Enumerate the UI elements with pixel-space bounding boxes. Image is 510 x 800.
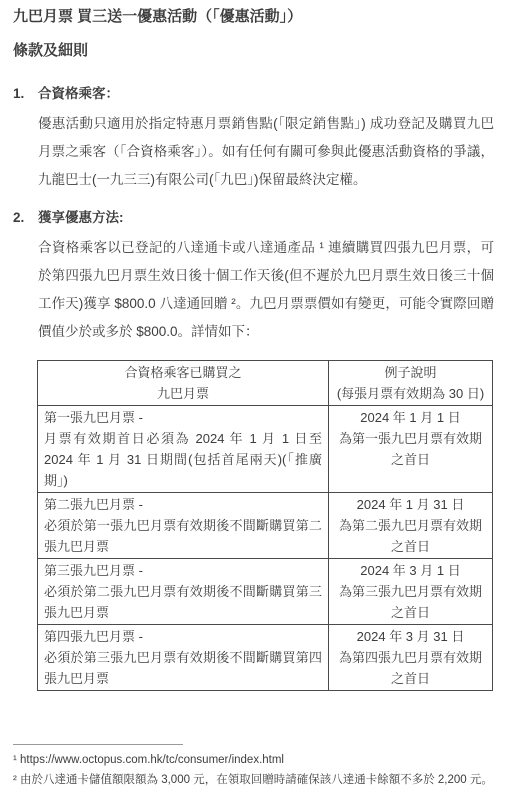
footnotes-block: ¹ https://www.octopus.com.hk/tc/consumer… (13, 744, 496, 790)
table-cell-pass1-condition: 第一張九巴月票 - 月票有效期首日必須為 2024 年 1 月 1 日至 202… (38, 406, 329, 493)
table-row: 第四張九巴月票 - 必須於第三張九巴月票有效期後不間斷購買第四張九巴月票 202… (38, 625, 493, 691)
section-1-number: 1. (13, 84, 38, 104)
table-cell-pass3-example: 2024 年 3 月 1 日 為第三張九巴月票有效期 之首日 (329, 559, 493, 625)
section-2-heading-text: 獲享優惠方法: (38, 208, 124, 228)
table-row: 第三張九巴月票 - 必須於第二張九巴月票有效期後不間斷購買第三張九巴月票 202… (38, 559, 493, 625)
table-cell-pass4-example: 2024 年 3 月 31 日 為第四張九巴月票有效期 之首日 (329, 625, 493, 691)
table-cell-pass2-condition: 第二張九巴月票 - 必須於第一張九巴月票有效期後不間斷購買第二張九巴月票 (38, 493, 329, 559)
section-1-heading-text: 合資格乘客： (38, 84, 119, 104)
table-cell-pass2-example: 2024 年 1 月 31 日 為第二張九巴月票有效期 之首日 (329, 493, 493, 559)
table-header-row: 合資格乘客已購買之 九巴月票 例子說明 (每張月票有效期為 30 日) (38, 361, 493, 406)
table-header-purchased-passes: 合資格乘客已購買之 九巴月票 (38, 361, 329, 406)
table-cell-pass4-condition: 第四張九巴月票 - 必須於第三張九巴月票有效期後不間斷購買第四張九巴月票 (38, 625, 329, 691)
footnote-1: ¹ https://www.octopus.com.hk/tc/consumer… (13, 750, 496, 770)
table-row: 第一張九巴月票 - 月票有效期首日必須為 2024 年 1 月 1 日至 202… (38, 406, 493, 493)
table-header-example: 例子說明 (每張月票有效期為 30 日) (329, 361, 493, 406)
section-2-body: 合資格乘客以已登記的八達通卡或八達通產品 ¹ 連續購買四張九巴月票，可於第四張九… (38, 234, 494, 346)
section-1-heading: 1. 合資格乘客： (13, 84, 496, 104)
table-row: 第二張九巴月票 - 必須於第一張九巴月票有效期後不間斷購買第二張九巴月票 202… (38, 493, 493, 559)
section-1-body: 優惠活動只適用於指定特惠月票銷售點(「限定銷售點」) 成功登記及購買九巴月票之乘… (38, 110, 494, 194)
doc-title: 九巴月票 買三送一優惠活動（「優惠活動」） (13, 6, 496, 28)
section-2-heading: 2. 獲享優惠方法: (13, 208, 496, 228)
footnote-separator (13, 744, 183, 745)
doc-subtitle: 條款及細則 (13, 40, 496, 62)
section-2-number: 2. (13, 208, 38, 228)
footnote-2: ² 由於八達通卡儲值額限額為 3,000 元，在領取回贈時請確保該八達通卡餘額不… (13, 770, 496, 790)
table-cell-pass3-condition: 第三張九巴月票 - 必須於第二張九巴月票有效期後不間斷購買第三張九巴月票 (38, 559, 329, 625)
table-cell-pass1-example: 2024 年 1 月 1 日 為第一張九巴月票有效期 之首日 (329, 406, 493, 493)
terms-table: 合資格乘客已購買之 九巴月票 例子說明 (每張月票有效期為 30 日) 第一張九… (37, 360, 493, 691)
document-page: 九巴月票 買三送一優惠活動（「優惠活動」） 條款及細則 1. 合資格乘客： 優惠… (0, 0, 510, 800)
